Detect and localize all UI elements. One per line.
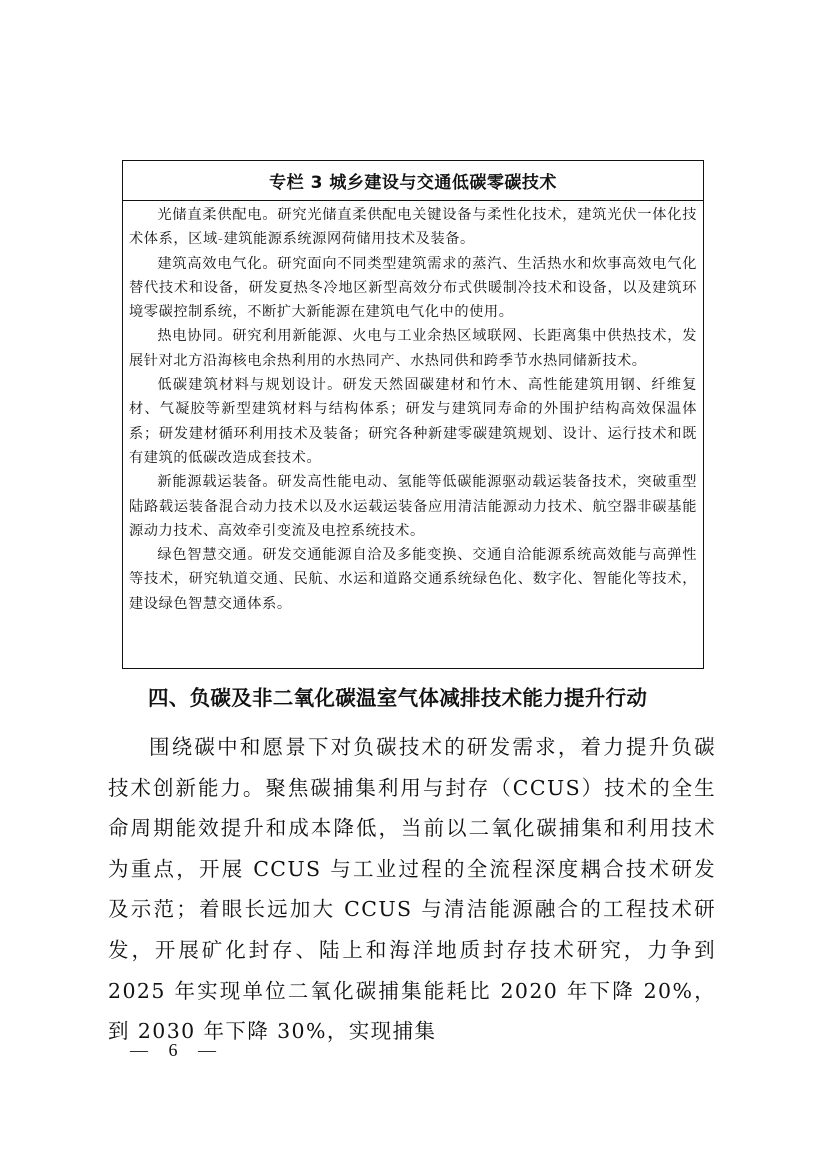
box-paragraph: 新能源载运装备。研发高性能电动、氢能等低碳能源驱动载运装备技术，突破重型陆路载运… <box>129 470 697 543</box>
box-paragraph: 热电协同。研究利用新能源、火电与工业余热区域联网、长距离集中供热技术，发展针对北… <box>129 324 697 373</box>
sidebar-box-body: 光储直柔供配电。研究光储直柔供配电关键设备与柔性化技术，建筑光伏一体化技术体系，… <box>123 201 703 616</box>
section-heading: 四、负碳及非二氧化碳温室气体减排技术能力提升行动 <box>148 680 768 716</box>
page-number: — 6 — <box>130 1040 224 1061</box>
section-body: 围绕碳中和愿景下对负碳技术的研发需求，着力提升负碳技术创新能力。聚焦碳捕集利用与… <box>108 727 716 1052</box>
box-paragraph: 光储直柔供配电。研究光储直柔供配电关键设备与柔性化技术，建筑光伏一体化技术体系，… <box>129 203 697 252</box>
box-paragraph: 低碳建筑材料与规划设计。研发天然固碳建材和竹木、高性能建筑用钢、纤维复材、气凝胶… <box>129 373 697 470</box>
sidebar-box-title: 专栏 3 城乡建设与交通低碳零碳技术 <box>123 161 703 201</box>
sidebar-box: 专栏 3 城乡建设与交通低碳零碳技术 光储直柔供配电。研究光储直柔供配电关键设备… <box>122 160 704 669</box>
box-paragraph: 建筑高效电气化。研究面向不同类型建筑需求的蒸汽、生活热水和炊事高效电气化替代技术… <box>129 252 697 325</box>
box-paragraph: 绿色智慧交通。研发交通能源自洽及多能变换、交通自洽能源系统高效能与高弹性等技术，… <box>129 543 697 616</box>
